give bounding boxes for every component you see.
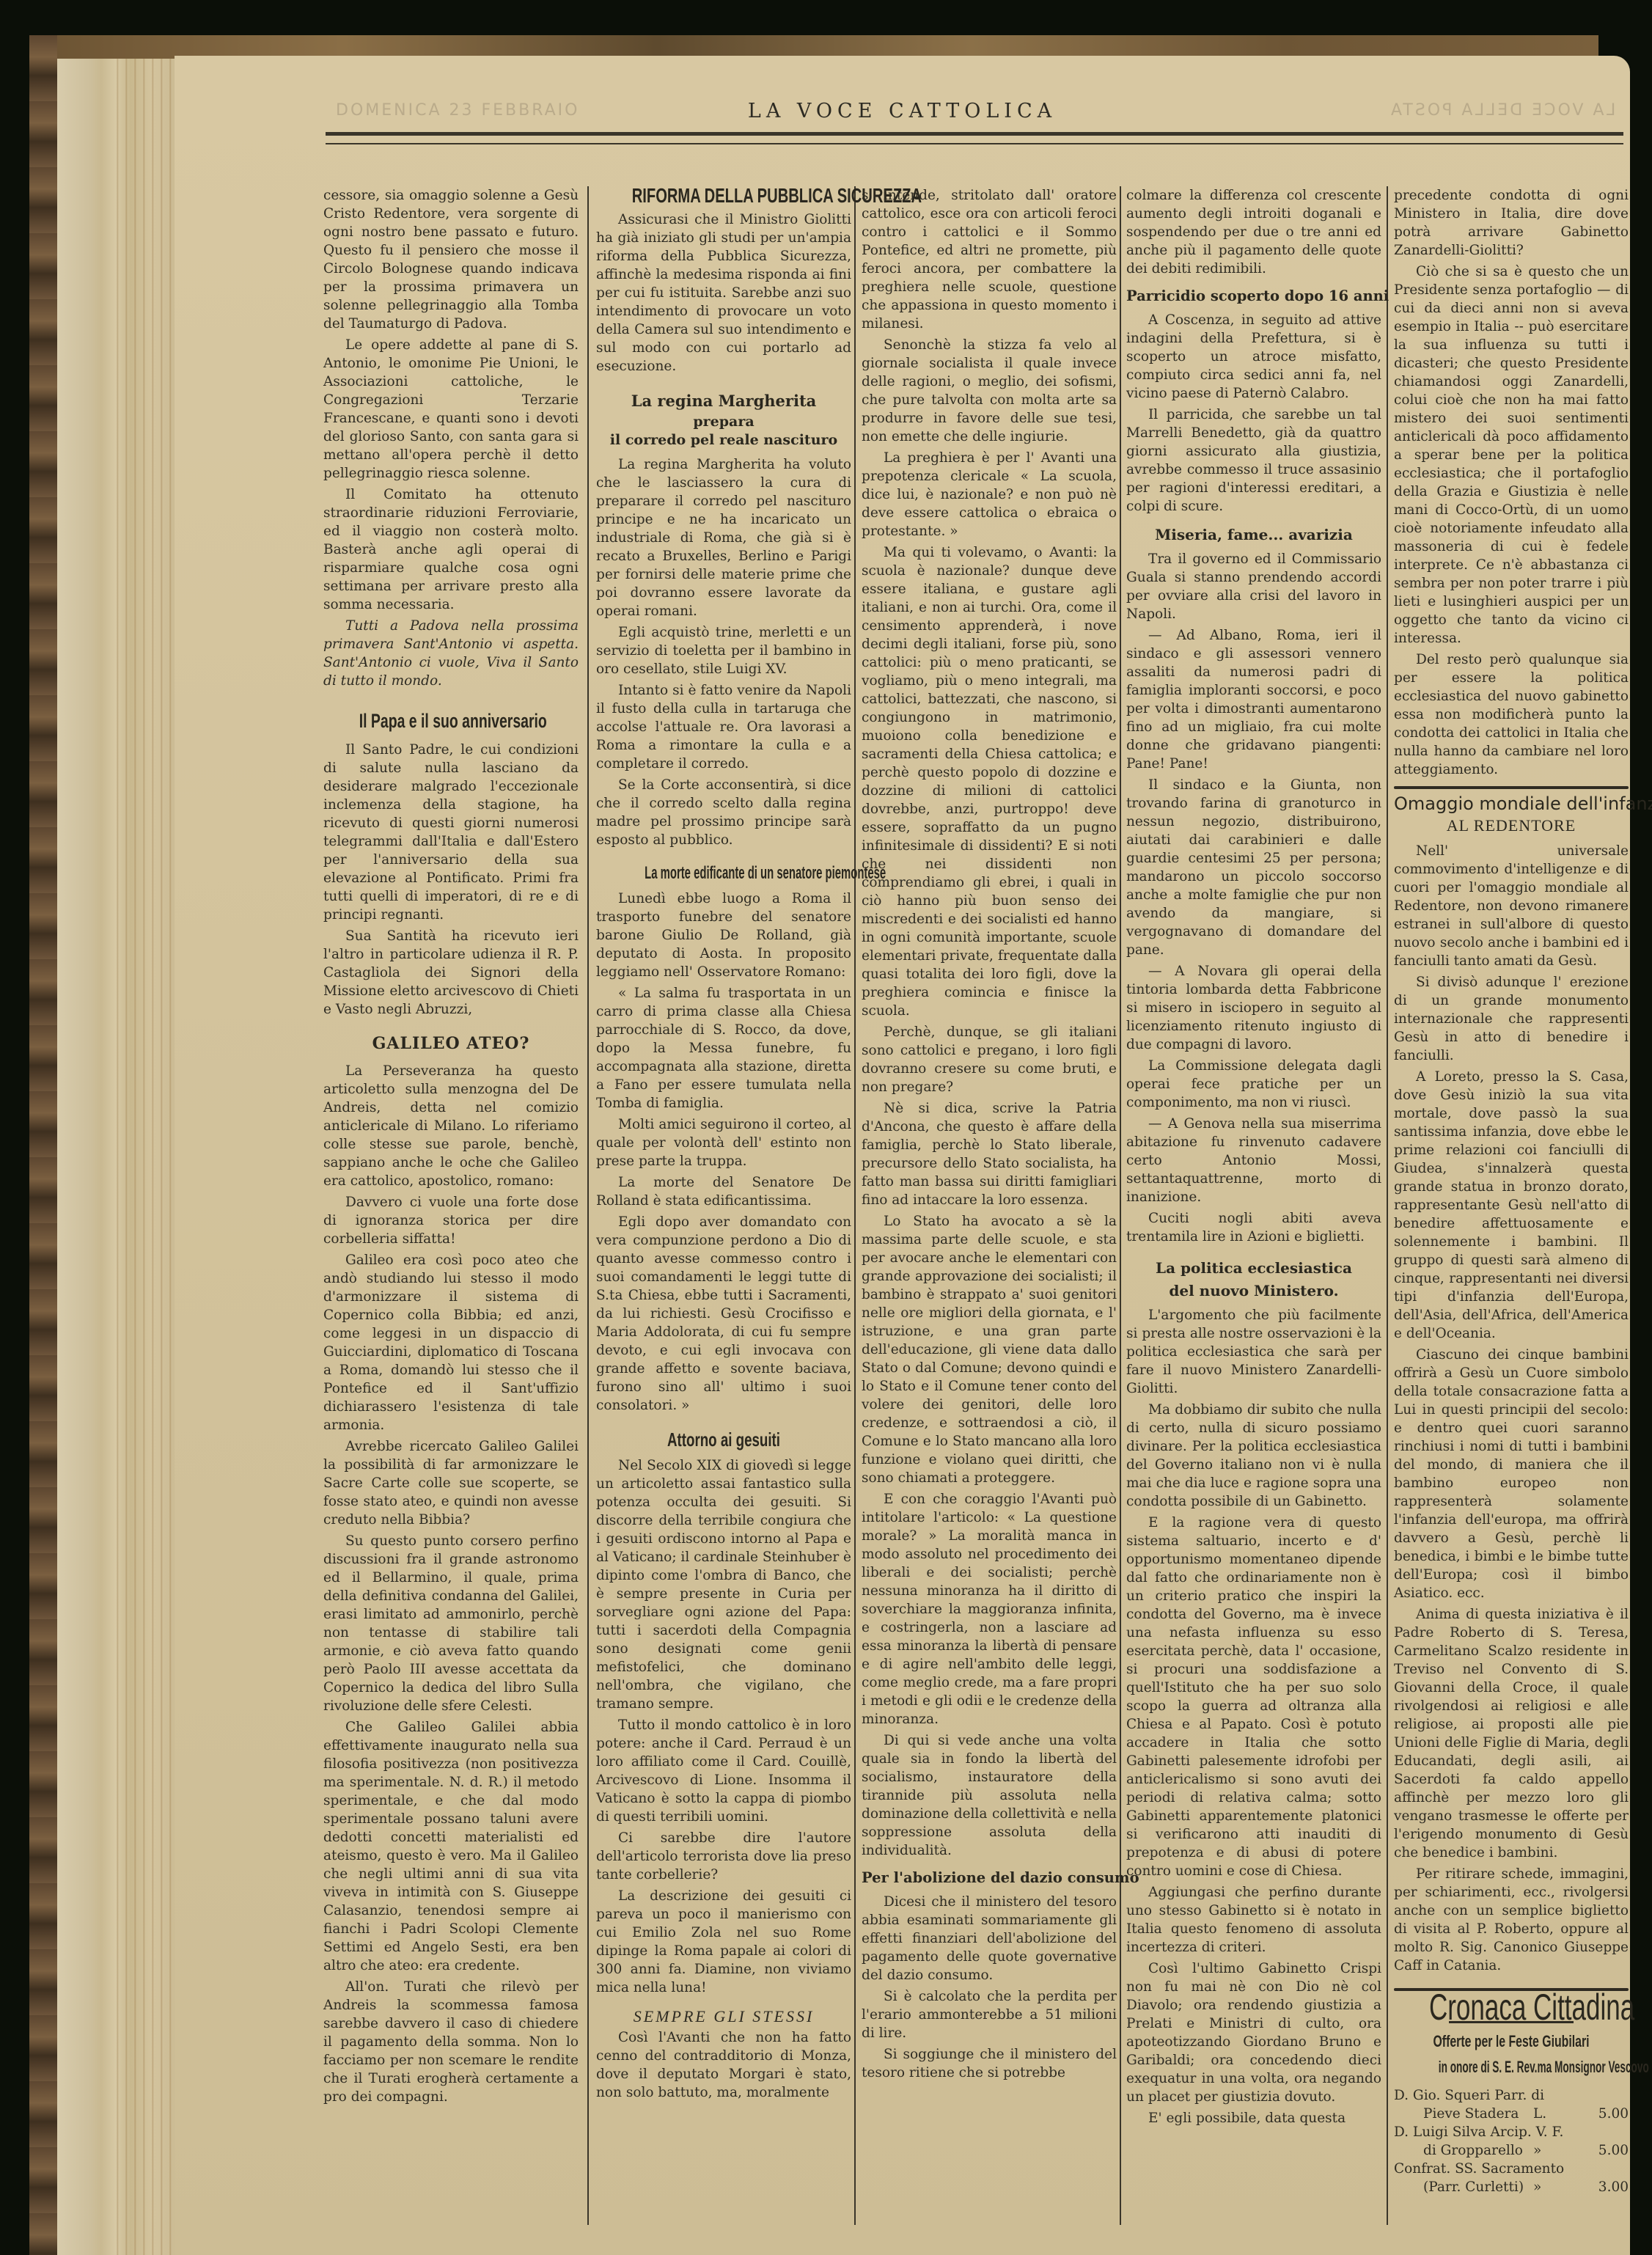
article-paragraph: — Ad Albano, Roma, ieri il sindaco e gli… xyxy=(1126,626,1381,773)
article-paragraph: Avrebbe ricercato Galileo Galilei la pos… xyxy=(323,1437,579,1529)
headline-offerte: Offerte per le Feste Giubilari xyxy=(1427,2032,1596,2050)
article-paragraph: Galileo era così poco ateo che andò stud… xyxy=(323,1251,579,1434)
article-paragraph: Del resto però qualunque sia per essere … xyxy=(1394,650,1629,779)
headline-sempre: SEMPRE GLI STESSI xyxy=(596,2007,851,2025)
article-paragraph: cessore, sia omaggio solenne a Gesù Cris… xyxy=(323,186,579,333)
column-2: RIFORMA DELLA PUBBLICA SICUREZZA Assicur… xyxy=(596,186,851,2102)
offer-amount: 5.00 xyxy=(1563,2141,1629,2160)
article-paragraph: E con che coraggio l'Avanti può intitola… xyxy=(862,1490,1117,1728)
offer-amount: 5.00 xyxy=(1563,2105,1629,2123)
section-divider xyxy=(1394,786,1629,789)
page-stack-lines xyxy=(110,59,176,2255)
article-paragraph: Nè si dica, scrive la Patria d'Ancona, c… xyxy=(862,1099,1117,1209)
article-paragraph: La Commissione delegata dagli operai fec… xyxy=(1126,1057,1381,1112)
offer-amount: 3.00 xyxy=(1563,2178,1629,2196)
article-paragraph: La descrizione dei gesuiti ci pareva un … xyxy=(596,1887,851,1997)
columns-container: cessore, sia omaggio solenne a Gesù Cris… xyxy=(323,142,1625,2240)
article-paragraph: Intanto si è fatto venire da Napoli il f… xyxy=(596,681,851,773)
offer-currency: » xyxy=(1533,2178,1563,2196)
article-paragraph: Tutto il mondo cattolico è in loro poter… xyxy=(596,1716,851,1826)
article-paragraph: Se la Corte acconsentirà, si dice che il… xyxy=(596,776,851,849)
article-paragraph: Senonchè la stizza fa velo al giornale s… xyxy=(862,336,1117,446)
article-paragraph: Egli acquistò trine, merletti e un servi… xyxy=(596,623,851,678)
offer-currency: L. xyxy=(1533,2105,1563,2123)
article-paragraph: Nell' universale commovimento d'intellig… xyxy=(1394,842,1629,970)
article-paragraph: Di qui si vede anche una volta quale sia… xyxy=(862,1731,1117,1860)
headline-riforma: RIFORMA DELLA PUBBLICA SICUREZZA xyxy=(632,186,816,205)
article-paragraph: La Perseveranza ha questo articoletto su… xyxy=(323,1062,579,1190)
column-rule xyxy=(587,186,589,2225)
article-paragraph: Aggiungasi che perfino durante uno stess… xyxy=(1126,1883,1381,1957)
column-rule xyxy=(1387,186,1388,2225)
book-spine xyxy=(29,35,57,2255)
article-paragraph: precedente condotta di ogni Ministero in… xyxy=(1394,186,1629,260)
headline-regina-1: La regina Margherita xyxy=(596,392,851,410)
article-paragraph: Nel Secolo XIX di giovedì si legge un ar… xyxy=(596,1456,851,1713)
offer-name: D. Gio. Squeri Parr. di xyxy=(1394,2086,1629,2105)
headline-onore: in onore di S. E. Rev.ma Monsignor Vesco… xyxy=(1439,2058,1584,2076)
article-paragraph: Egli dopo aver domandato con vera compun… xyxy=(596,1213,851,1415)
article-paragraph: Dicesi che il ministero del tesoro abbia… xyxy=(862,1893,1117,1984)
article-paragraph: Lo Stato ha avocato a sè la massima part… xyxy=(862,1212,1117,1487)
article-paragraph: A Coscenza, in seguito ad attive indagin… xyxy=(1126,311,1381,403)
article-paragraph: La regina Margherita ha voluto che le la… xyxy=(596,455,851,620)
article-paragraph: Si soggiunge che il ministero del tesoro… xyxy=(862,2045,1117,2082)
article-paragraph: s' intende, stritolato dall' oratore cat… xyxy=(862,186,1117,333)
article-paragraph: Sua Santità ha ricevuto ieri l'altro in … xyxy=(323,927,579,1019)
offer-currency: » xyxy=(1533,2141,1563,2160)
article-paragraph: Cuciti nogli abiti aveva trentamila lire… xyxy=(1126,1209,1381,1246)
article-paragraph: Così l'Avanti che non ha fatto cenno del… xyxy=(596,2028,851,2102)
headline-galileo: GALILEO ATEO? xyxy=(323,1035,579,1053)
headline-redentore: AL REDENTORE xyxy=(1394,816,1629,835)
article-paragraph: — A Novara gli operai della tintoria lom… xyxy=(1126,962,1381,1054)
article-paragraph: Per ritirare schede, immagini, per schia… xyxy=(1394,1865,1629,1975)
headline-parricidio: Parricidio scoperto dopo 16 anni xyxy=(1126,287,1381,305)
offer-name: D. Luigi Silva Arcip. V. F. xyxy=(1394,2123,1629,2141)
article-paragraph: Ma qui ti volevamo, o Avanti: la scuola … xyxy=(862,543,1117,1020)
column-5: precedente condotta di ogni Ministero in… xyxy=(1394,186,1629,2196)
headline-miseria: Miseria, fame... avarizia xyxy=(1126,526,1381,544)
article-paragraph: Il Comitato ha ottenuto straordinarie ri… xyxy=(323,485,579,614)
article-paragraph: La preghiera è per l' Avanti una prepote… xyxy=(862,449,1117,540)
article-paragraph: All'on. Turati che rilevò per Andreis la… xyxy=(323,1978,579,2106)
article-paragraph: L'argomento che più facilmente si presta… xyxy=(1126,1306,1381,1398)
offer-row: di Gropparello » 5.00 xyxy=(1394,2141,1629,2160)
column-3: s' intende, stritolato dall' oratore cat… xyxy=(862,186,1117,2082)
article-paragraph: — A Genova nella sua miserrima abitazion… xyxy=(1126,1115,1381,1206)
article-paragraph: Davvero ci vuole una forte dose di ignor… xyxy=(323,1193,579,1248)
newspaper-page: DOMENICA 23 FEBBRAIO LA VOCE CATTOLICA L… xyxy=(175,56,1630,2255)
headline-regina-2: prepara xyxy=(596,413,851,431)
article-paragraph: La morte del Senatore De Rolland è stata… xyxy=(596,1173,851,1210)
offer-row: Confrat. SS. Sacramento xyxy=(1394,2160,1629,2178)
offers-list: D. Gio. Squeri Parr. di Pieve Stadera L.… xyxy=(1394,2086,1629,2196)
headline-regina-3: il corredo pel reale nascituro xyxy=(596,431,851,450)
offer-row: Pieve Stadera L. 5.00 xyxy=(1394,2105,1629,2123)
offer-sub: (Parr. Curletti) xyxy=(1394,2178,1533,2196)
article-paragraph: Ciò che si sa è questo che un Presidente… xyxy=(1394,263,1629,648)
article-paragraph: Che Galileo Galilei abbia effettivamente… xyxy=(323,1718,579,1975)
article-paragraph: Si è calcolato che la perdita per l'erar… xyxy=(862,1987,1117,2042)
article-paragraph: E la ragione vera di questo sistema salt… xyxy=(1126,1514,1381,1880)
article-paragraph: Così l'ultimo Gabinetto Crispi non fu ma… xyxy=(1126,1959,1381,2106)
headline-papa: Il Papa e il suo anniversario xyxy=(359,712,543,730)
headline-politica-1: La politica ecclesiastica xyxy=(1126,1259,1381,1277)
article-paragraph: Molti amici seguirono il corteo, al qual… xyxy=(596,1115,851,1170)
article-paragraph: Anima di questa iniziativa è il Padre Ro… xyxy=(1394,1605,1629,1862)
article-paragraph: Il parricida, che sarebbe un tal Marrell… xyxy=(1126,406,1381,516)
article-paragraph: Il sindaco e la Giunta, non trovando far… xyxy=(1126,776,1381,959)
article-paragraph: Si divisò adunque l' erezione di un gran… xyxy=(1394,973,1629,1065)
article-paragraph: Tra il governo ed il Commissario Guala s… xyxy=(1126,550,1381,623)
offer-sub: Pieve Stadera xyxy=(1394,2105,1533,2123)
column-4: colmare la differenza col crescente aume… xyxy=(1126,186,1381,2127)
article-paragraph: Su questo punto corsero perfino discussi… xyxy=(323,1532,579,1715)
article-paragraph: « La salma fu trasportata in un carro di… xyxy=(596,984,851,1112)
headline-dazio: Per l'abolizione del dazio consumo xyxy=(862,1869,1117,1887)
article-paragraph: E' egli possibile, data questa xyxy=(1126,2109,1381,2127)
article-paragraph: Tutti a Padova nella prossima primavera … xyxy=(323,617,579,690)
bleed-through-text-right: LA VOCE DELLA POSTA xyxy=(1389,101,1615,120)
article-paragraph: Le opere addette al pane di S. Antonio, … xyxy=(323,336,579,483)
offer-row: D. Gio. Squeri Parr. di xyxy=(1394,2086,1629,2105)
column-rule xyxy=(854,186,856,2225)
headline-gesuiti: Attorno ai gesuiti xyxy=(632,1431,816,1449)
article-paragraph: Il Santo Padre, le cui condizioni di sal… xyxy=(323,741,579,924)
article-paragraph: Ci sarebbe dire l'autore dell'articolo t… xyxy=(596,1829,851,1884)
article-paragraph: Ma dobbiamo dir subito che nulla di cert… xyxy=(1126,1401,1381,1511)
offer-name: Confrat. SS. Sacramento xyxy=(1394,2160,1629,2178)
offer-row: (Parr. Curletti) » 3.00 xyxy=(1394,2178,1629,2196)
article-paragraph: Perchè, dunque, se gli italiani sono cat… xyxy=(862,1023,1117,1096)
article-paragraph: A Loreto, presso la S. Casa, dove Gesù i… xyxy=(1394,1068,1629,1343)
headline-omaggio: Omaggio mondiale dell'infanzia xyxy=(1394,795,1629,813)
article-paragraph: Ciascuno dei cinque bambini offrirà a Ge… xyxy=(1394,1346,1629,1602)
headline-politica-2: del nuovo Ministero. xyxy=(1126,1282,1381,1300)
headline-cronaca: Cronaca Cittadina xyxy=(1429,1998,1593,2017)
article-paragraph: Lunedì ebbe luogo a Roma il trasporto fu… xyxy=(596,890,851,981)
article-paragraph: Assicurasi che il Ministro Giolitti ha g… xyxy=(596,210,851,375)
column-rule xyxy=(1120,186,1121,2225)
column-1: cessore, sia omaggio solenne a Gesù Cris… xyxy=(323,186,579,2106)
article-paragraph: colmare la differenza col crescente aume… xyxy=(1126,186,1381,278)
offer-row: D. Luigi Silva Arcip. V. F. xyxy=(1394,2123,1629,2141)
headline-morte: La morte edificante di un senatore piemo… xyxy=(645,864,803,882)
offer-sub: di Gropparello xyxy=(1394,2141,1533,2160)
